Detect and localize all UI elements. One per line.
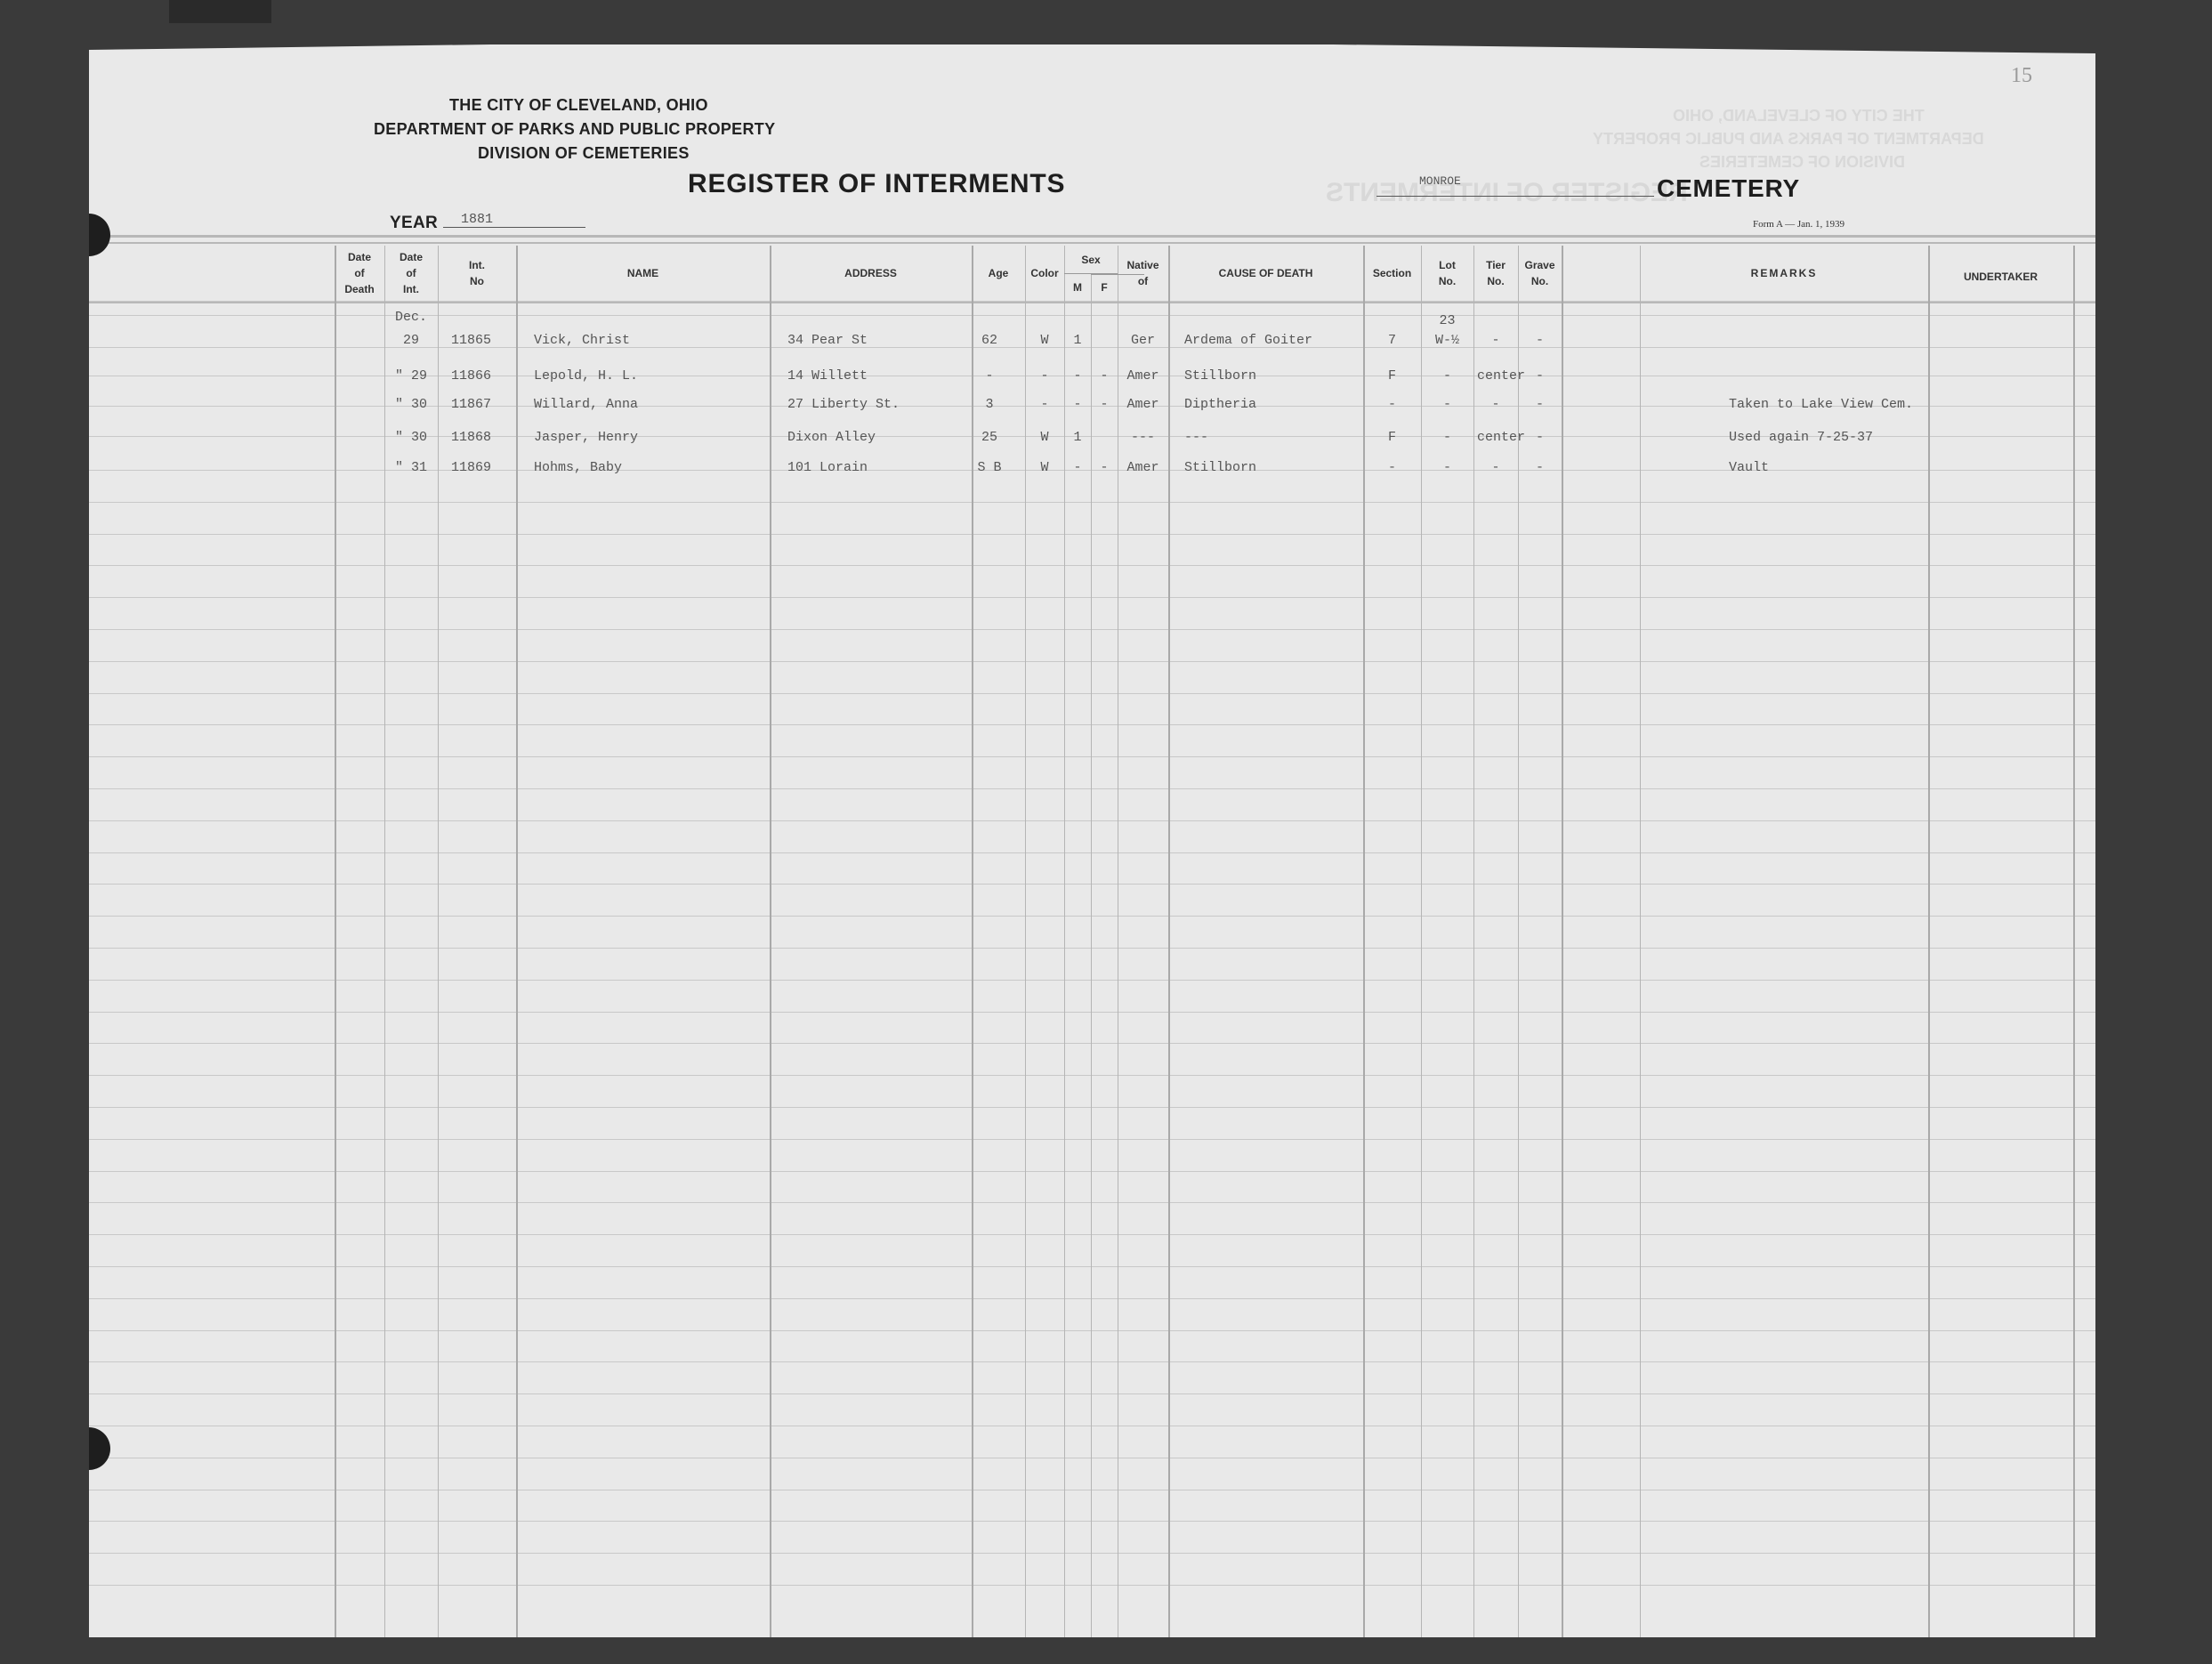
cell-tier: - [1473,397,1518,412]
col-header-date-of-int: Date of Int. [384,246,438,301]
cell-date-of-int: " 31 [384,460,438,475]
ledger-line [89,1330,2095,1331]
ledger-line [89,852,2095,853]
cell-name: Lepold, H. L. [534,368,770,384]
cell-lot: - [1421,397,1473,412]
cemetery-label: CEMETERY [1657,174,1800,203]
ledger-line [89,820,2095,821]
col-rule [1640,246,1641,1637]
ledger-line [89,661,2095,662]
cell-remarks: Used again 7-25-37 [1729,430,1928,445]
cell-grave: - [1518,397,1562,412]
col-rule [335,246,336,1637]
cell-section: 7 [1363,333,1421,348]
ledger-line [89,724,2095,725]
year-value: 1881 [461,212,493,227]
ledger-line [89,1139,2095,1140]
ledger-line [89,788,2095,789]
ledger-line [89,1075,2095,1076]
cell-date-of-int: " 30 [384,397,438,412]
header-top-rule-2 [89,242,2095,244]
col-header-cause-of-death: CAUSE OF DEATH [1168,246,1363,301]
cell-name: Hohms, Baby [534,460,770,475]
cell-f: - [1091,397,1118,412]
col-rule [1064,246,1065,1637]
ledger-line [89,1585,2095,1586]
col-header-lot-no: Lot No. [1421,246,1473,301]
cell-address: Dixon Alley [787,430,972,445]
binder-hole-bottom [68,1427,110,1470]
col-header-address: ADDRESS [770,246,972,301]
cell-lot: W-½ [1421,333,1473,348]
binder-hole-top [68,214,110,256]
ledger-line [89,1012,2095,1013]
col-header-tier-no: Tier No. [1473,246,1518,301]
col-rule [1928,246,1930,1637]
cell-int-no: 11866 [451,368,516,384]
cell-m: 1 [1064,430,1091,445]
ledger-line [89,1426,2095,1426]
ledger-line [89,1266,2095,1267]
cell-address: 14 Willett [787,368,972,384]
form-note: Form A — Jan. 1, 1939 [1753,219,1845,230]
col-header-int-no: Int. No [438,246,516,301]
col-rule [384,246,385,1637]
col-header-age: Age [972,246,1025,301]
cell-m: 1 [1064,333,1091,348]
cell-int-no: 11869 [451,460,516,475]
cell-address: 27 Liberty St. [787,397,972,412]
ledger-line [89,1553,2095,1554]
col-rule [1363,246,1365,1637]
col-rule [1168,246,1170,1637]
cell-tier: - [1473,333,1518,348]
cell-m: - [1064,368,1091,384]
ledger-line [89,629,2095,630]
cell-m: - [1064,460,1091,475]
ledger-line [89,534,2095,535]
ledger-line [89,597,2095,598]
cell-date-of-int: 29 [384,333,438,348]
col-header-remarks: REMARKS [1640,246,1928,301]
division-heading: DIVISION OF CEMETERIES [478,144,690,163]
cell-lot: - [1421,368,1473,384]
cemetery-name: MONROE [1419,174,1461,188]
col-rule [438,246,439,1637]
cell-date-of-int-month: Dec. [384,310,438,325]
cell-m: - [1064,397,1091,412]
cell-remarks: Vault [1729,460,1928,475]
col-header-sex: Sex [1064,247,1118,272]
cell-age: 62 [972,333,1007,348]
city-heading: THE CITY OF CLEVELAND, OHIO [449,96,708,115]
ledger-line [89,948,2095,949]
col-header-name: NAME [516,246,770,301]
cell-color: W [1025,430,1064,445]
col-header-sex-m: M [1064,274,1091,301]
ledger-line [89,1234,2095,1235]
cell-tier: - [1473,460,1518,475]
cemetery-underline [1376,196,1654,197]
ledger-line [89,1202,2095,1203]
ledger-line [89,884,2095,885]
cell-int-no: 11867 [451,397,516,412]
col-header-grave-no: Grave No. [1518,246,1562,301]
ledger-line [89,1490,2095,1490]
cell-grave: - [1518,430,1562,445]
ledger-line [89,1521,2095,1522]
ledger-line [89,565,2095,566]
cell-cause: Stillborn [1184,460,1363,475]
department-heading: DEPARTMENT OF PARKS AND PUBLIC PROPERTY [374,120,775,139]
col-rule [516,246,518,1637]
cell-name: Jasper, Henry [534,430,770,445]
cell-remarks: Taken to Lake View Cem. [1729,397,1928,412]
cell-section: - [1363,397,1421,412]
cell-age: 25 [972,430,1007,445]
cell-lot: - [1421,460,1473,475]
year-underline [443,227,585,228]
show-through-text: DIVISION OF CEMETERIES [1699,153,1905,172]
ledger-line [89,1393,2095,1394]
cell-cause: Stillborn [1184,368,1363,384]
ledger-line [89,980,2095,981]
cell-grave: - [1518,333,1562,348]
register-title: REGISTER OF INTERMENTS [688,169,1065,199]
cell-native: Amer [1118,460,1168,475]
col-header-section: Section [1363,246,1421,301]
cell-native: Amer [1118,397,1168,412]
cell-f: - [1091,368,1118,384]
cell-date-of-int: " 29 [384,368,438,384]
show-through-text: THE CITY OF CLEVELAND, OHIO [1673,107,1925,125]
cell-lot: - [1421,430,1473,445]
col-rule [1091,274,1092,1637]
col-rule [1562,246,1563,1637]
cell-age: 3 [972,397,1007,412]
ledger-line [89,1043,2095,1044]
cell-section: - [1363,460,1421,475]
tape-scrap [169,0,271,23]
cell-int-no: 11865 [451,333,516,348]
ledger-line [89,1298,2095,1299]
cell-grave: - [1518,460,1562,475]
ledger-line [89,756,2095,757]
ledger-line [89,916,2095,917]
ledger-line [89,1107,2095,1108]
col-rule [1118,246,1118,1637]
register-page: THE CITY OF CLEVELAND, OHIO DEPARTMENT O… [89,44,2095,1637]
ledger-line [89,301,2095,302]
col-rule [1025,246,1026,1637]
header-top-rule [89,235,2095,238]
cell-name: Vick, Christ [534,333,770,348]
ledger-line [89,1361,2095,1362]
ledger-line [89,693,2095,694]
col-header-date-of-death: Date of Death [335,246,384,301]
cell-cause: --- [1184,430,1363,445]
cell-section: F [1363,430,1421,445]
cell-native: --- [1118,430,1168,445]
col-header-native-of: Native of [1118,246,1168,301]
cell-date-of-int: " 30 [384,430,438,445]
col-rule [1518,246,1519,1637]
cell-f: - [1091,460,1118,475]
cell-native: Ger [1118,333,1168,348]
col-header-undertaker: UNDERTAKER [1928,249,2073,304]
col-rule [770,246,771,1637]
cell-cause: Diptheria [1184,397,1363,412]
ledger-line [89,1171,2095,1172]
cell-age: S B [972,460,1007,475]
cell-native: Amer [1118,368,1168,384]
cell-color: - [1025,397,1064,412]
show-through-text: REGISTER OF INTERMENTS [1326,178,1688,208]
col-header-sex-f: F [1091,274,1118,301]
col-header-color: Color [1025,246,1064,301]
cell-color: - [1025,368,1064,384]
col-rule [2073,246,2075,1637]
ledger-line [89,502,2095,503]
cell-color: W [1025,460,1064,475]
cell-lot-top: 23 [1421,313,1473,328]
cell-cause: Ardema of Goiter [1184,333,1363,348]
cell-name: Willard, Anna [534,397,770,412]
cell-section: F [1363,368,1421,384]
page-number: 15 [2011,64,2032,88]
cell-int-no: 11868 [451,430,516,445]
ledger-line [89,1458,2095,1458]
cell-age: - [972,368,1007,384]
col-rule [972,246,973,1637]
col-rule [1473,246,1474,1637]
cell-grave: - [1518,368,1562,384]
cell-color: W [1025,333,1064,348]
col-rule [1421,246,1422,1637]
show-through-text: DEPARTMENT OF PARKS AND PUBLIC PROPERTY [1593,130,1984,149]
year-label: YEAR [390,214,438,233]
cell-address: 101 Lorain [787,460,972,475]
cell-address: 34 Pear St [787,333,972,348]
